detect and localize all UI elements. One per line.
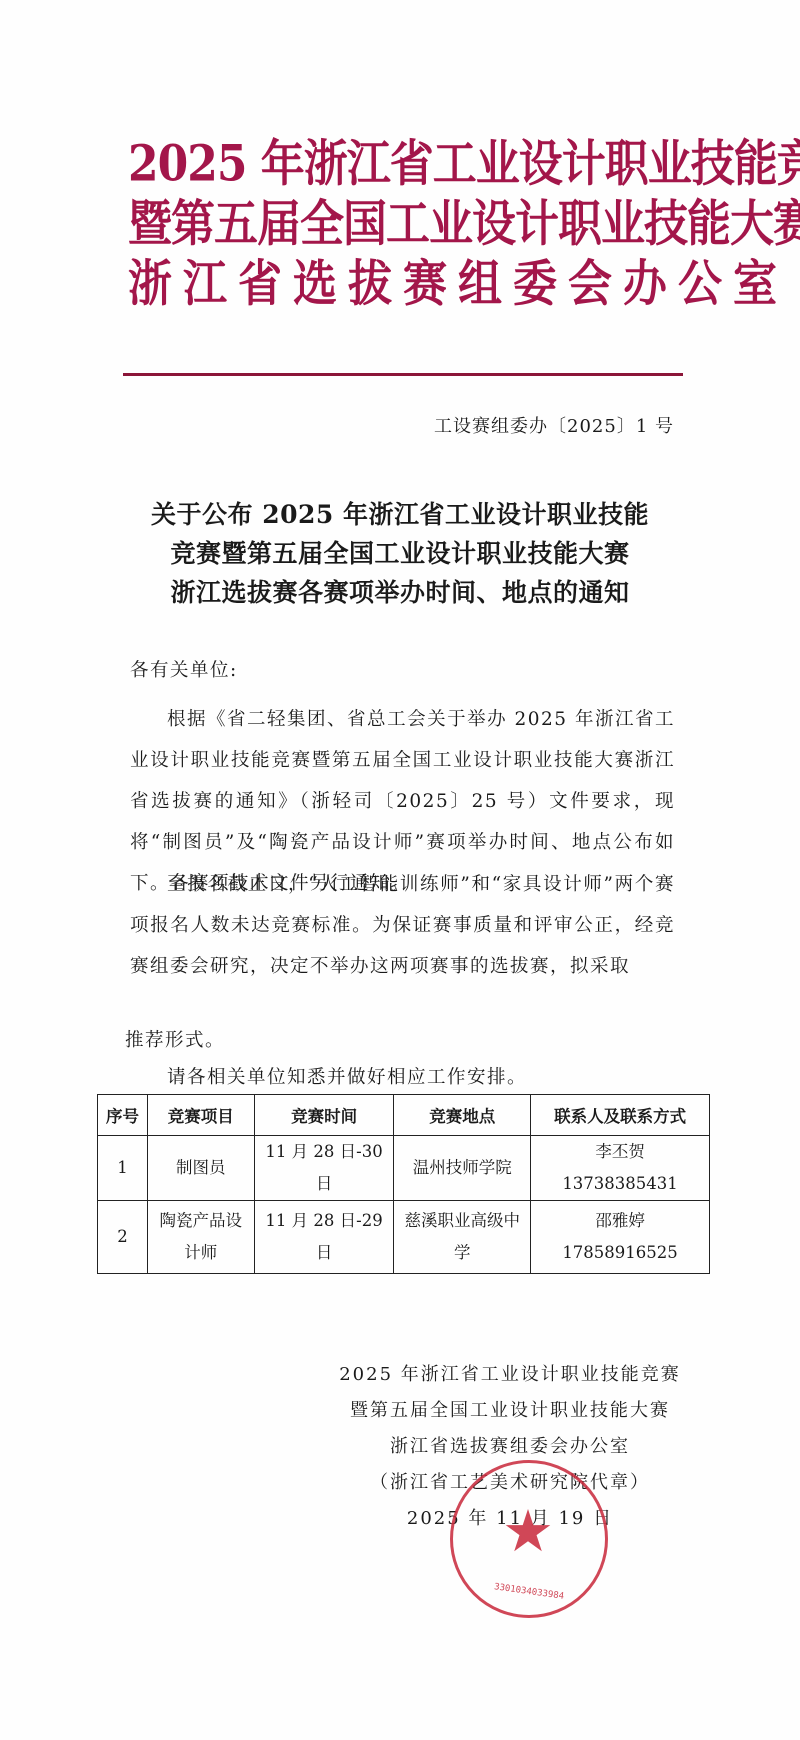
cell-time: 11 月 28 日-29 日 (254, 1201, 394, 1274)
cell-contact: 李丕贺 13738385431 (531, 1136, 710, 1201)
signature-line-2: 暨第五届全国工业设计职业技能大赛 (300, 1393, 720, 1429)
signature-line-3: 浙江省选拔赛组委会办公室 (300, 1429, 720, 1465)
cell-venue: 慈溪职业高级中学 (394, 1201, 531, 1274)
cell-index: 1 (98, 1136, 148, 1201)
title-line-3: 浙江选拔赛各赛项举办时间、地点的通知 (130, 573, 670, 612)
salutation: 各有关单位: (130, 650, 675, 691)
schedule-table: 序号 竞赛项目 竞赛时间 竞赛地点 联系人及联系方式 1 制图员 11 月 28… (97, 1094, 710, 1274)
cell-event: 陶瓷产品设计师 (147, 1201, 254, 1274)
official-seal: ★ 3301034033984 (450, 1460, 608, 1618)
title-line-2: 竞赛暨第五届全国工业设计职业技能大赛 (130, 534, 670, 573)
cell-time: 11 月 28 日-30 日 (254, 1136, 394, 1201)
cell-venue: 温州技师学院 (394, 1136, 531, 1201)
header-index: 序号 (98, 1095, 148, 1136)
paragraph-2-tail: 推荐形式。 (125, 1020, 670, 1061)
letterhead: 2025 年浙江省工业设计职业技能竞赛 暨第五届全国工业设计职业技能大赛 浙江省… (128, 135, 680, 315)
paragraph-3: 请各相关单位知悉并做好相应工作安排。 (130, 1057, 675, 1098)
paragraph-2: 至报名截止日，“人工智能训练师”和“家具设计师”两个赛项报名人数未达竞赛标准。为… (130, 864, 675, 987)
letterhead-line-3: 浙江省选拔赛组委会办公室 (128, 251, 680, 318)
table-row: 2 陶瓷产品设计师 11 月 28 日-29 日 慈溪职业高级中学 邵雅婷 17… (98, 1201, 710, 1274)
letterhead-line-2: 暨第五届全国工业设计职业技能大赛 (128, 191, 680, 258)
notice-title: 关于公布 2025 年浙江省工业设计职业技能 竞赛暨第五届全国工业设计职业技能大… (130, 495, 670, 612)
cell-contact: 邵雅婷 17858916525 (531, 1201, 710, 1274)
cell-index: 2 (98, 1201, 148, 1274)
header-time: 竞赛时间 (254, 1095, 394, 1136)
table-row: 1 制图员 11 月 28 日-30 日 温州技师学院 李丕贺 13738385… (98, 1136, 710, 1201)
header-contact: 联系人及联系方式 (531, 1095, 710, 1136)
seal-code: 3301034033984 (473, 1579, 585, 1604)
signature-line-1: 2025 年浙江省工业设计职业技能竞赛 (300, 1357, 720, 1393)
star-icon: ★ (498, 1501, 558, 1561)
table-header-row: 序号 竞赛项目 竞赛时间 竞赛地点 联系人及联系方式 (98, 1095, 710, 1136)
header-event: 竞赛项目 (147, 1095, 254, 1136)
header-venue: 竞赛地点 (394, 1095, 531, 1136)
letterhead-divider (123, 373, 683, 376)
letterhead-line-1: 2025 年浙江省工业设计职业技能竞赛 (128, 131, 680, 198)
document-number: 工设赛组委办〔2025〕1 号 (434, 412, 674, 438)
cell-event: 制图员 (147, 1136, 254, 1201)
title-line-1: 关于公布 2025 年浙江省工业设计职业技能 (130, 495, 670, 534)
